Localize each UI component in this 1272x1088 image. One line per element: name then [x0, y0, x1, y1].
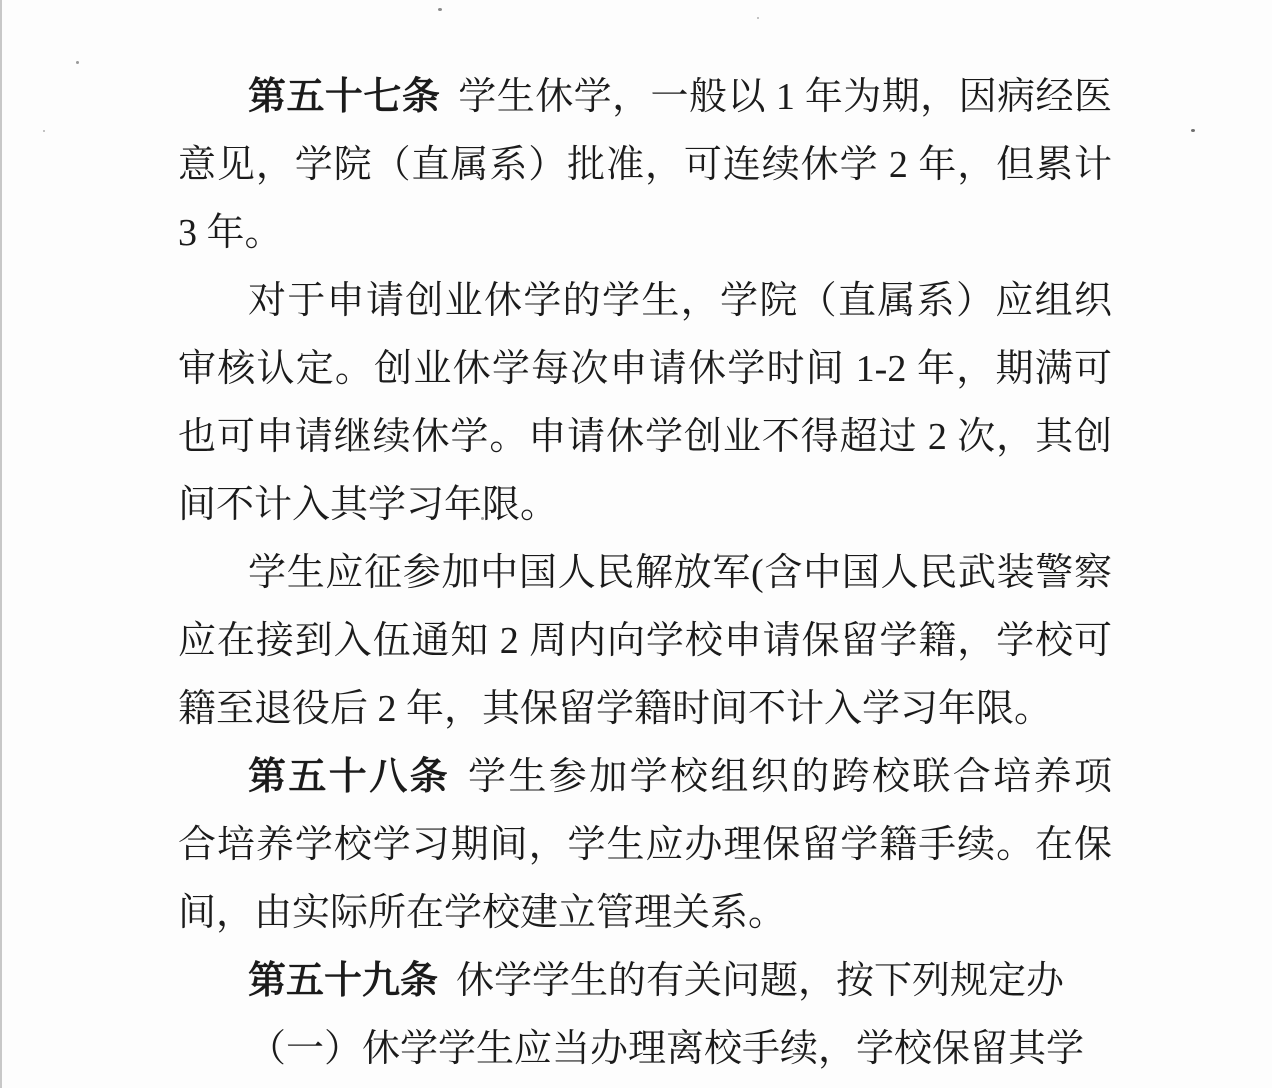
article-57-para-3-line-3: 籍至退役后 2 年，其保留学籍时间不计入学习年限。	[178, 675, 1112, 743]
scanned-document-page: 第五十七条学生休学，一般以 1 年为期，因病经医院提出 意见，学院（直属系）批准…	[0, 0, 1272, 1088]
article-59-item-1: （一）休学学生应当办理离校手续，学校保留其学籍。	[178, 1015, 1112, 1083]
article-58-number: 第五十八条	[248, 756, 450, 798]
scan-speck	[76, 61, 79, 64]
article-57-line-1: 第五十七条学生休学，一般以 1 年为期，因病经医院提出	[178, 63, 1112, 131]
article-59-line-1: 第五十九条休学学生的有关问题，按下列规定办理：	[178, 947, 1112, 1015]
article-57-para-2-line-1: 对于申请创业休学的学生，学院（直属系）应组织专家进行	[178, 267, 1112, 335]
scan-speck	[757, 17, 759, 19]
article-58-text-2: 合培养学校学习期间，学生应办理保留学籍手续。在保留学籍期	[178, 811, 1112, 879]
scan-speck	[438, 8, 442, 11]
article-58-text-3: 间，由实际所在学校建立管理关系。	[178, 879, 1112, 947]
article-57-para-3-line-2: 应在接到入伍通知 2 周内向学校申请保留学籍，学校可保留其学	[178, 607, 1112, 675]
scan-speck	[1191, 129, 1195, 132]
article-57-text-2: 意见，学院（直属系）批准，可连续休学 2 年，但累计不得超过	[178, 131, 1112, 199]
article-57-number: 第五十七条	[248, 76, 440, 118]
article-57-para-2-line-2: 审核认定。创业休学每次申请休学时间 1-2 年，期满可申请复学，	[178, 335, 1112, 403]
scan-speck	[43, 130, 45, 132]
document-text-block: 第五十七条学生休学，一般以 1 年为期，因病经医院提出 意见，学院（直属系）批准…	[178, 63, 1112, 1083]
article-57-para-2-line-3: 也可申请继续休学。申请休学创业不得超过 2 次，其创业休学时	[178, 403, 1112, 471]
article-57-para-3-line-1: 学生应征参加中国人民解放军(含中国人民武装警察部队)，	[178, 539, 1112, 607]
scan-edge-line	[0, 0, 2, 1088]
article-59-number: 第五十九条	[248, 960, 438, 1002]
article-58-line-1: 第五十八条学生参加学校组织的跨校联合培养项目，在联	[178, 743, 1112, 811]
article-57-text-3: 3 年。	[178, 199, 1112, 267]
article-57-para-2-line-4: 间不计入其学习年限。	[178, 471, 1112, 539]
